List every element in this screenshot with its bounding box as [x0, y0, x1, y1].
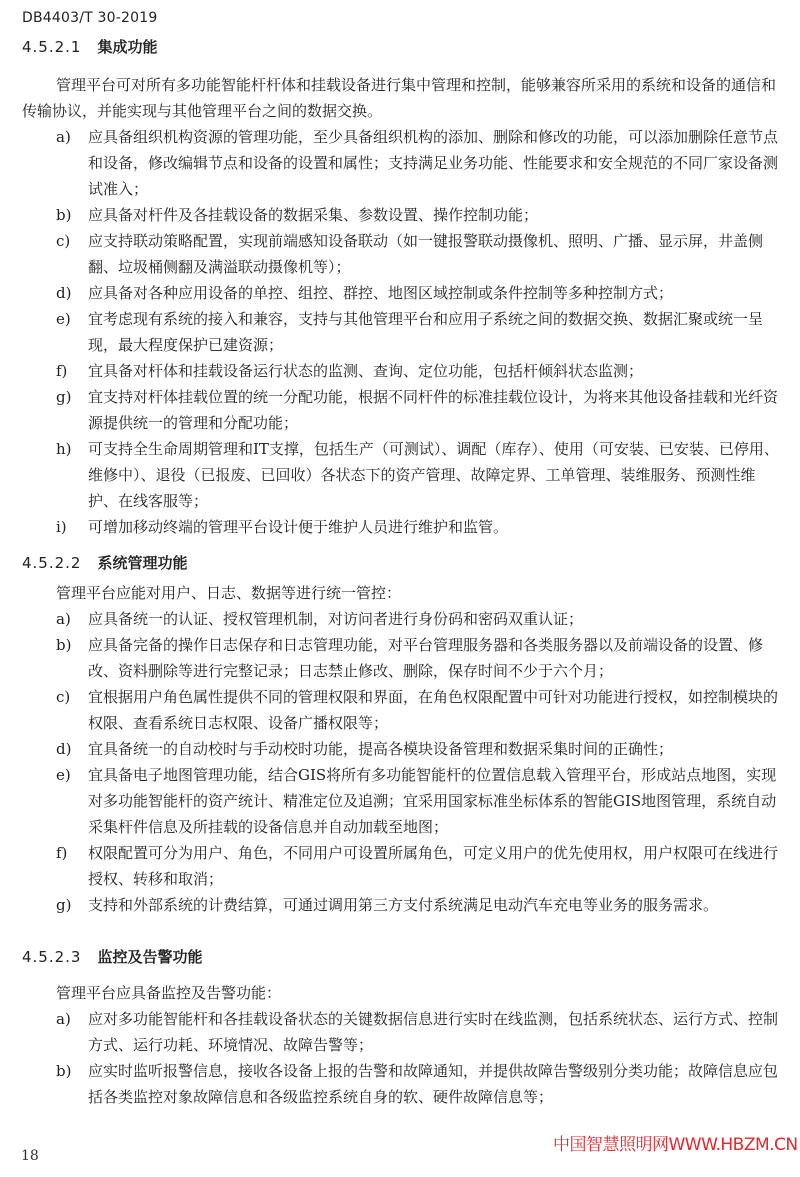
list-item: a) 应具备统一的认证、授权管理机制，对访问者进行身份码和密码双重认证；	[56, 606, 780, 632]
list-item: g) 支持和外部系统的计费结算，可通过调用第三方支付系统满足电动汽车充电等业务的…	[56, 892, 780, 918]
list-item: b) 应实时监听报警信息，接收各设备上报的告警和故障通知，并提供故障告警级别分类…	[56, 1058, 780, 1110]
list-item: d) 应具备对各种应用设备的单控、组控、群控、地图区域控制或条件控制等多种控制方…	[56, 280, 780, 306]
section-title-system-management: 4.5.2.2系统管理功能	[22, 552, 188, 573]
section-title-monitoring-alarm: 4.5.2.3监控及告警功能	[22, 946, 203, 967]
section-number: 4.5.2.3	[22, 948, 81, 966]
item-text: 可支持全生命周期管理和IT支撑，包括生产（可测试）、调配（库存）、使用（可安装、…	[88, 436, 780, 514]
list-item: c) 应支持联动策略配置，实现前端感知设备联动（如一键报警联动摄像机、照明、广播…	[56, 228, 780, 280]
item-label: i)	[56, 514, 67, 540]
item-label: d)	[56, 736, 71, 762]
list-item: i) 可增加移动终端的管理平台设计便于维护人员进行维护和监管。	[56, 514, 780, 540]
item-text: 可增加移动终端的管理平台设计便于维护人员进行维护和监管。	[88, 514, 780, 540]
item-label: h)	[56, 436, 72, 462]
item-text: 宜考虑现有系统的接入和兼容，支持与其他管理平台和应用子系统之间的数据交换、数据汇…	[88, 306, 780, 358]
section-intro: 管理平台可对所有多功能智能杆杆体和挂载设备进行集中管理和控制，能够兼容所采用的系…	[22, 72, 780, 124]
item-label: a)	[56, 124, 71, 150]
page-number: 18	[21, 1148, 39, 1164]
list-item: h) 可支持全生命周期管理和IT支撑，包括生产（可测试）、调配（库存）、使用（可…	[56, 436, 780, 514]
item-label: f)	[56, 840, 67, 866]
item-label: b)	[56, 1058, 71, 1084]
item-label: d)	[56, 280, 71, 306]
item-label: a)	[56, 606, 71, 632]
list-item: e) 宜考虑现有系统的接入和兼容，支持与其他管理平台和应用子系统之间的数据交换、…	[56, 306, 780, 358]
watermark-text: 中国智慧照明网WWW.HBZM.CN	[553, 1130, 798, 1155]
item-label: g)	[56, 892, 71, 918]
item-text: 宜具备对杆体和挂载设备运行状态的监测、查询、定位功能，包括杆倾斜状态监测；	[88, 358, 780, 384]
list-item: d) 宜具备统一的自动校时与手动校时功能，提高各模块设备管理和数据采集时间的正确…	[56, 736, 780, 762]
section-intro: 管理平台应能对用户、日志、数据等进行统一管控：	[56, 580, 780, 606]
section-number: 4.5.2.1	[22, 38, 81, 56]
item-text: 应对多功能智能杆和各挂载设备状态的关键数据信息进行实时在线监测，包括系统状态、运…	[88, 1006, 780, 1058]
item-label: g)	[56, 384, 71, 410]
item-text: 应具备对杆件及各挂载设备的数据采集、参数设置、操作控制功能；	[88, 202, 780, 228]
item-label: b)	[56, 202, 71, 228]
list-item: f) 权限配置可分为用户、角色，不同用户可设置所属角色，可定义用户的优先使用权，…	[56, 840, 780, 892]
item-text: 宜具备电子地图管理功能，结合GIS将所有多功能智能杆的位置信息载入管理平台，形成…	[88, 762, 780, 840]
list-item: e) 宜具备电子地图管理功能，结合GIS将所有多功能智能杆的位置信息载入管理平台…	[56, 762, 780, 840]
section-heading: 监控及告警功能	[97, 948, 202, 966]
list-item: a) 应对多功能智能杆和各挂载设备状态的关键数据信息进行实时在线监测，包括系统状…	[56, 1006, 780, 1058]
item-label: c)	[56, 684, 70, 710]
item-text: 宜根据用户角色属性提供不同的管理权限和界面，在角色权限配置中可针对功能进行授权，…	[88, 684, 780, 736]
section-heading: 系统管理功能	[97, 554, 187, 572]
item-text: 应支持联动策略配置，实现前端感知设备联动（如一键报警联动摄像机、照明、广播、显示…	[88, 228, 780, 280]
list-item: c) 宜根据用户角色属性提供不同的管理权限和界面，在角色权限配置中可针对功能进行…	[56, 684, 780, 736]
item-label: e)	[56, 306, 71, 332]
section-intro: 管理平台应具备监控及告警功能：	[56, 980, 780, 1006]
list-item: b) 应具备完备的操作日志保存和日志管理功能，对平台管理服务器和各类服务器以及前…	[56, 632, 780, 684]
list-item: g) 宜支持对杆体挂载位置的统一分配功能，根据不同杆件的标准挂载位设计，为将来其…	[56, 384, 780, 436]
item-text: 应具备完备的操作日志保存和日志管理功能，对平台管理服务器和各类服务器以及前端设备…	[88, 632, 780, 684]
item-label: a)	[56, 1006, 71, 1032]
item-text: 应具备组织机构资源的管理功能，至少具备组织机构的添加、删除和修改的功能，可以添加…	[88, 124, 780, 202]
item-label: b)	[56, 632, 71, 658]
doc-code: DB4403/T 30-2019	[22, 10, 157, 26]
item-label: c)	[56, 228, 70, 254]
item-label: f)	[56, 358, 67, 384]
section-title-integration: 4.5.2.1集成功能	[22, 36, 158, 57]
section-heading: 集成功能	[97, 38, 157, 56]
item-text: 支持和外部系统的计费结算，可通过调用第三方支付系统满足电动汽车充电等业务的服务需…	[88, 892, 780, 918]
section-number: 4.5.2.2	[22, 554, 81, 572]
list-item: f) 宜具备对杆体和挂载设备运行状态的监测、查询、定位功能，包括杆倾斜状态监测；	[56, 358, 780, 384]
item-text: 权限配置可分为用户、角色，不同用户可设置所属角色，可定义用户的优先使用权，用户权…	[88, 840, 780, 892]
item-text: 应实时监听报警信息，接收各设备上报的告警和故障通知，并提供故障告警级别分类功能；…	[88, 1058, 780, 1110]
list-item: a) 应具备组织机构资源的管理功能，至少具备组织机构的添加、删除和修改的功能，可…	[56, 124, 780, 202]
list-item: b) 应具备对杆件及各挂载设备的数据采集、参数设置、操作控制功能；	[56, 202, 780, 228]
item-text: 应具备统一的认证、授权管理机制，对访问者进行身份码和密码双重认证；	[88, 606, 780, 632]
item-text: 应具备对各种应用设备的单控、组控、群控、地图区域控制或条件控制等多种控制方式；	[88, 280, 780, 306]
item-text: 宜具备统一的自动校时与手动校时功能，提高各模块设备管理和数据采集时间的正确性；	[88, 736, 780, 762]
item-text: 宜支持对杆体挂载位置的统一分配功能，根据不同杆件的标准挂载位设计，为将来其他设备…	[88, 384, 780, 436]
item-label: e)	[56, 762, 71, 788]
